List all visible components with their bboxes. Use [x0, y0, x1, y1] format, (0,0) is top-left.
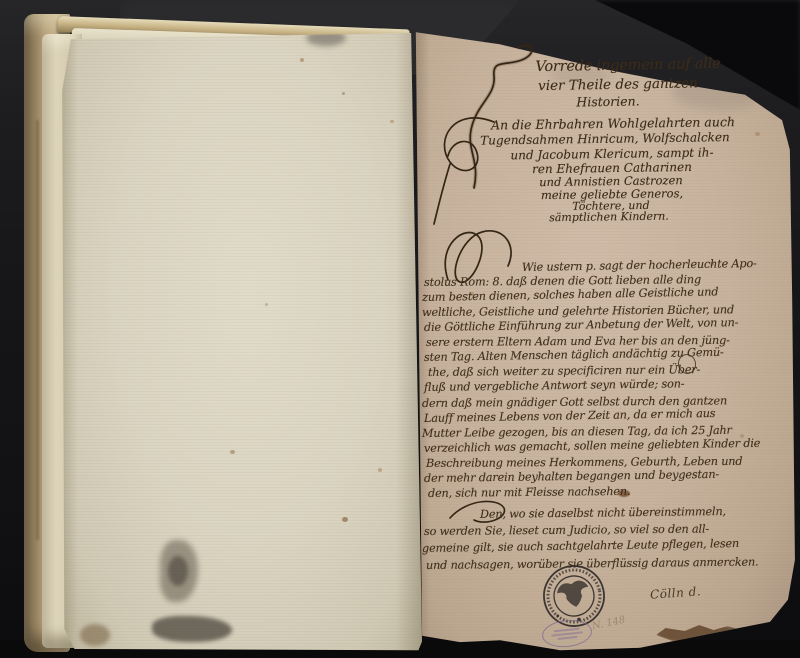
- closing-line: gemeine gilt, sie auch sachtgelahrte Leu…: [422, 537, 739, 555]
- brown-stain: [80, 624, 110, 646]
- manuscript-photo: Vorrede ingemein auf alle vier Theile de…: [0, 0, 800, 658]
- fox-spot: [300, 58, 304, 62]
- body-line: verzeichlich was gemacht, sollen meine g…: [424, 437, 760, 455]
- body-line: die Göttliche Einführung zur Anbetung de…: [424, 316, 738, 334]
- fox-spot: [230, 450, 235, 454]
- fox-spot: [378, 468, 382, 472]
- dedication-line: sämptlichen Kindern.: [494, 209, 724, 225]
- fox-spot: [342, 92, 345, 95]
- body-line: fluß und vergebliche Antwort seyn würde;…: [424, 377, 685, 394]
- body-line: Wie ustern p. sagt der hocherleuchte Apo…: [522, 257, 757, 274]
- gray-stain: [152, 616, 232, 642]
- stamp-text-line: [557, 635, 577, 639]
- left-blank-page: [60, 28, 422, 654]
- gray-stain-core: [168, 556, 188, 586]
- cover-crease: [36, 120, 39, 540]
- body-line: Lauff meines Lebens von der Zeit an, da …: [424, 407, 716, 425]
- heading-line: Historien.: [488, 92, 728, 111]
- manuscript-text-layer: Vorrede ingemein auf alle vier Theile de…: [410, 24, 800, 656]
- closing-line: so werden Sie, lieset cum Judicio, so vi…: [424, 523, 709, 538]
- closing-line: Den, wo sie daselbst nicht übereinstimme…: [480, 505, 726, 521]
- fox-spot: [390, 120, 394, 123]
- fox-spot: [265, 303, 268, 306]
- fox-spot: [342, 517, 348, 522]
- body-line: the, daß sich weiter zu specificiren nur…: [428, 363, 700, 379]
- body-line: der mehr darein beyhalten begangen und b…: [424, 468, 719, 485]
- dateline-inscription: Cölln d.: [650, 584, 702, 602]
